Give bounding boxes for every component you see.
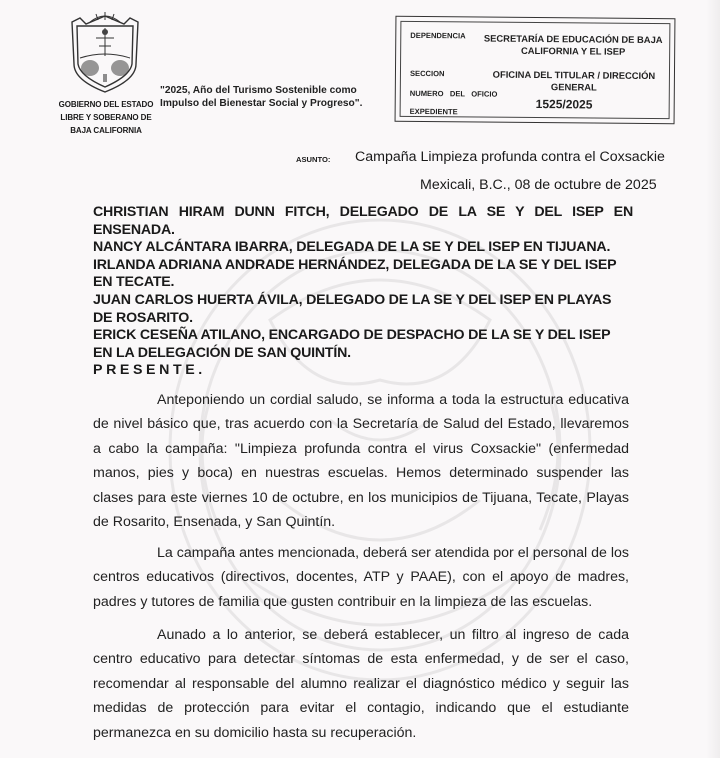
document-page: GOBIERNO DEL ESTADO LIBRE Y SOBERANO DE …: [0, 0, 720, 758]
body-paragraph: Aunado a lo anterior, se deberá establec…: [93, 623, 629, 745]
addressee-line: NANCY ALCÁNTARA IBARRA, DELEGADA DE LA S…: [93, 239, 633, 257]
seccion-value-line: GENERAL: [486, 81, 662, 95]
motto-line: Impulso del Bienestar Social y Progreso"…: [160, 97, 362, 110]
addressee-line: ENSENADA.: [93, 222, 633, 240]
addressee-line: ERICK CESEÑA ATILANO, ENCARGADO DE DESPA…: [93, 327, 633, 345]
body-paragraph: Anteponiendo un cordial saludo, se infor…: [93, 388, 629, 534]
dependencia-value-line: CALIFORNIA Y EL ISEP: [480, 45, 666, 59]
year-motto: "2025, Año del Turismo Sostenible como I…: [160, 84, 362, 110]
addressee-line: EN LA DELEGACIÓN DE SAN QUINTÍN.: [93, 345, 633, 363]
dependencia-label: DEPENDENCIA: [410, 31, 465, 40]
seccion-label: SECCION: [410, 69, 445, 78]
motto-line: "2025, Año del Turismo Sostenible como: [160, 84, 362, 97]
header-info-box: DEPENDENCIA SECRETARÍA DE EDUCACIÓN DE B…: [395, 16, 676, 124]
body-paragraph-text: Anteponiendo un cordial saludo, se infor…: [93, 392, 629, 530]
government-name-line: BAJA CALIFORNIA: [44, 124, 168, 137]
numero-oficio-label: NUMERO DEL OFICIO: [410, 89, 498, 99]
seccion-value-line: OFICINA DEL TITULAR / DIRECCIÓN: [486, 69, 662, 83]
presente-salutation: PRESENTE.: [93, 362, 633, 380]
page-edge-shadow: [706, 0, 720, 758]
asunto-label: ASUNTO:: [296, 155, 330, 164]
asunto-text: Campaña Limpieza profunda contra el Coxs…: [355, 149, 665, 165]
addressee-line: DE ROSARITO.: [93, 310, 633, 328]
coat-of-arms-icon: [66, 8, 144, 94]
government-name: GOBIERNO DEL ESTADO LIBRE Y SOBERANO DE …: [44, 98, 168, 137]
addressee-line: JUAN CARLOS HUERTA ÁVILA, DELEGADO DE LA…: [93, 292, 633, 310]
government-name-line: GOBIERNO DEL ESTADO: [44, 98, 168, 111]
dependencia-value-line: SECRETARÍA DE EDUCACIÓN DE BAJA: [480, 33, 666, 47]
body-paragraph-text: La campaña antes mencionada, deberá ser …: [93, 545, 629, 610]
body-paragraph-text: Aunado a lo anterior, se deberá establec…: [93, 627, 629, 741]
place-date: Mexicali, B.C., 08 de octubre de 2025: [420, 177, 657, 193]
addressee-line: EN TECATE.: [93, 274, 633, 292]
expediente-label: EXPEDIENTE: [410, 107, 458, 116]
addressee-line: CHRISTIAN HIRAM DUNN FITCH, DELEGADO DE …: [93, 204, 633, 222]
government-name-line: LIBRE Y SOBERANO DE: [44, 111, 168, 124]
body-paragraph: La campaña antes mencionada, deberá ser …: [93, 541, 629, 614]
addressee-line: IRLANDA ADRIANA ANDRADE HERNÁNDEZ, DELEG…: [93, 257, 633, 275]
addressee-list: CHRISTIAN HIRAM DUNN FITCH, DELEGADO DE …: [93, 204, 633, 380]
seccion-value: OFICINA DEL TITULAR / DIRECCIÓN GENERAL: [486, 69, 662, 95]
dependencia-value: SECRETARÍA DE EDUCACIÓN DE BAJA CALIFORN…: [480, 33, 666, 59]
oficio-number: 1525/2025: [536, 97, 593, 111]
